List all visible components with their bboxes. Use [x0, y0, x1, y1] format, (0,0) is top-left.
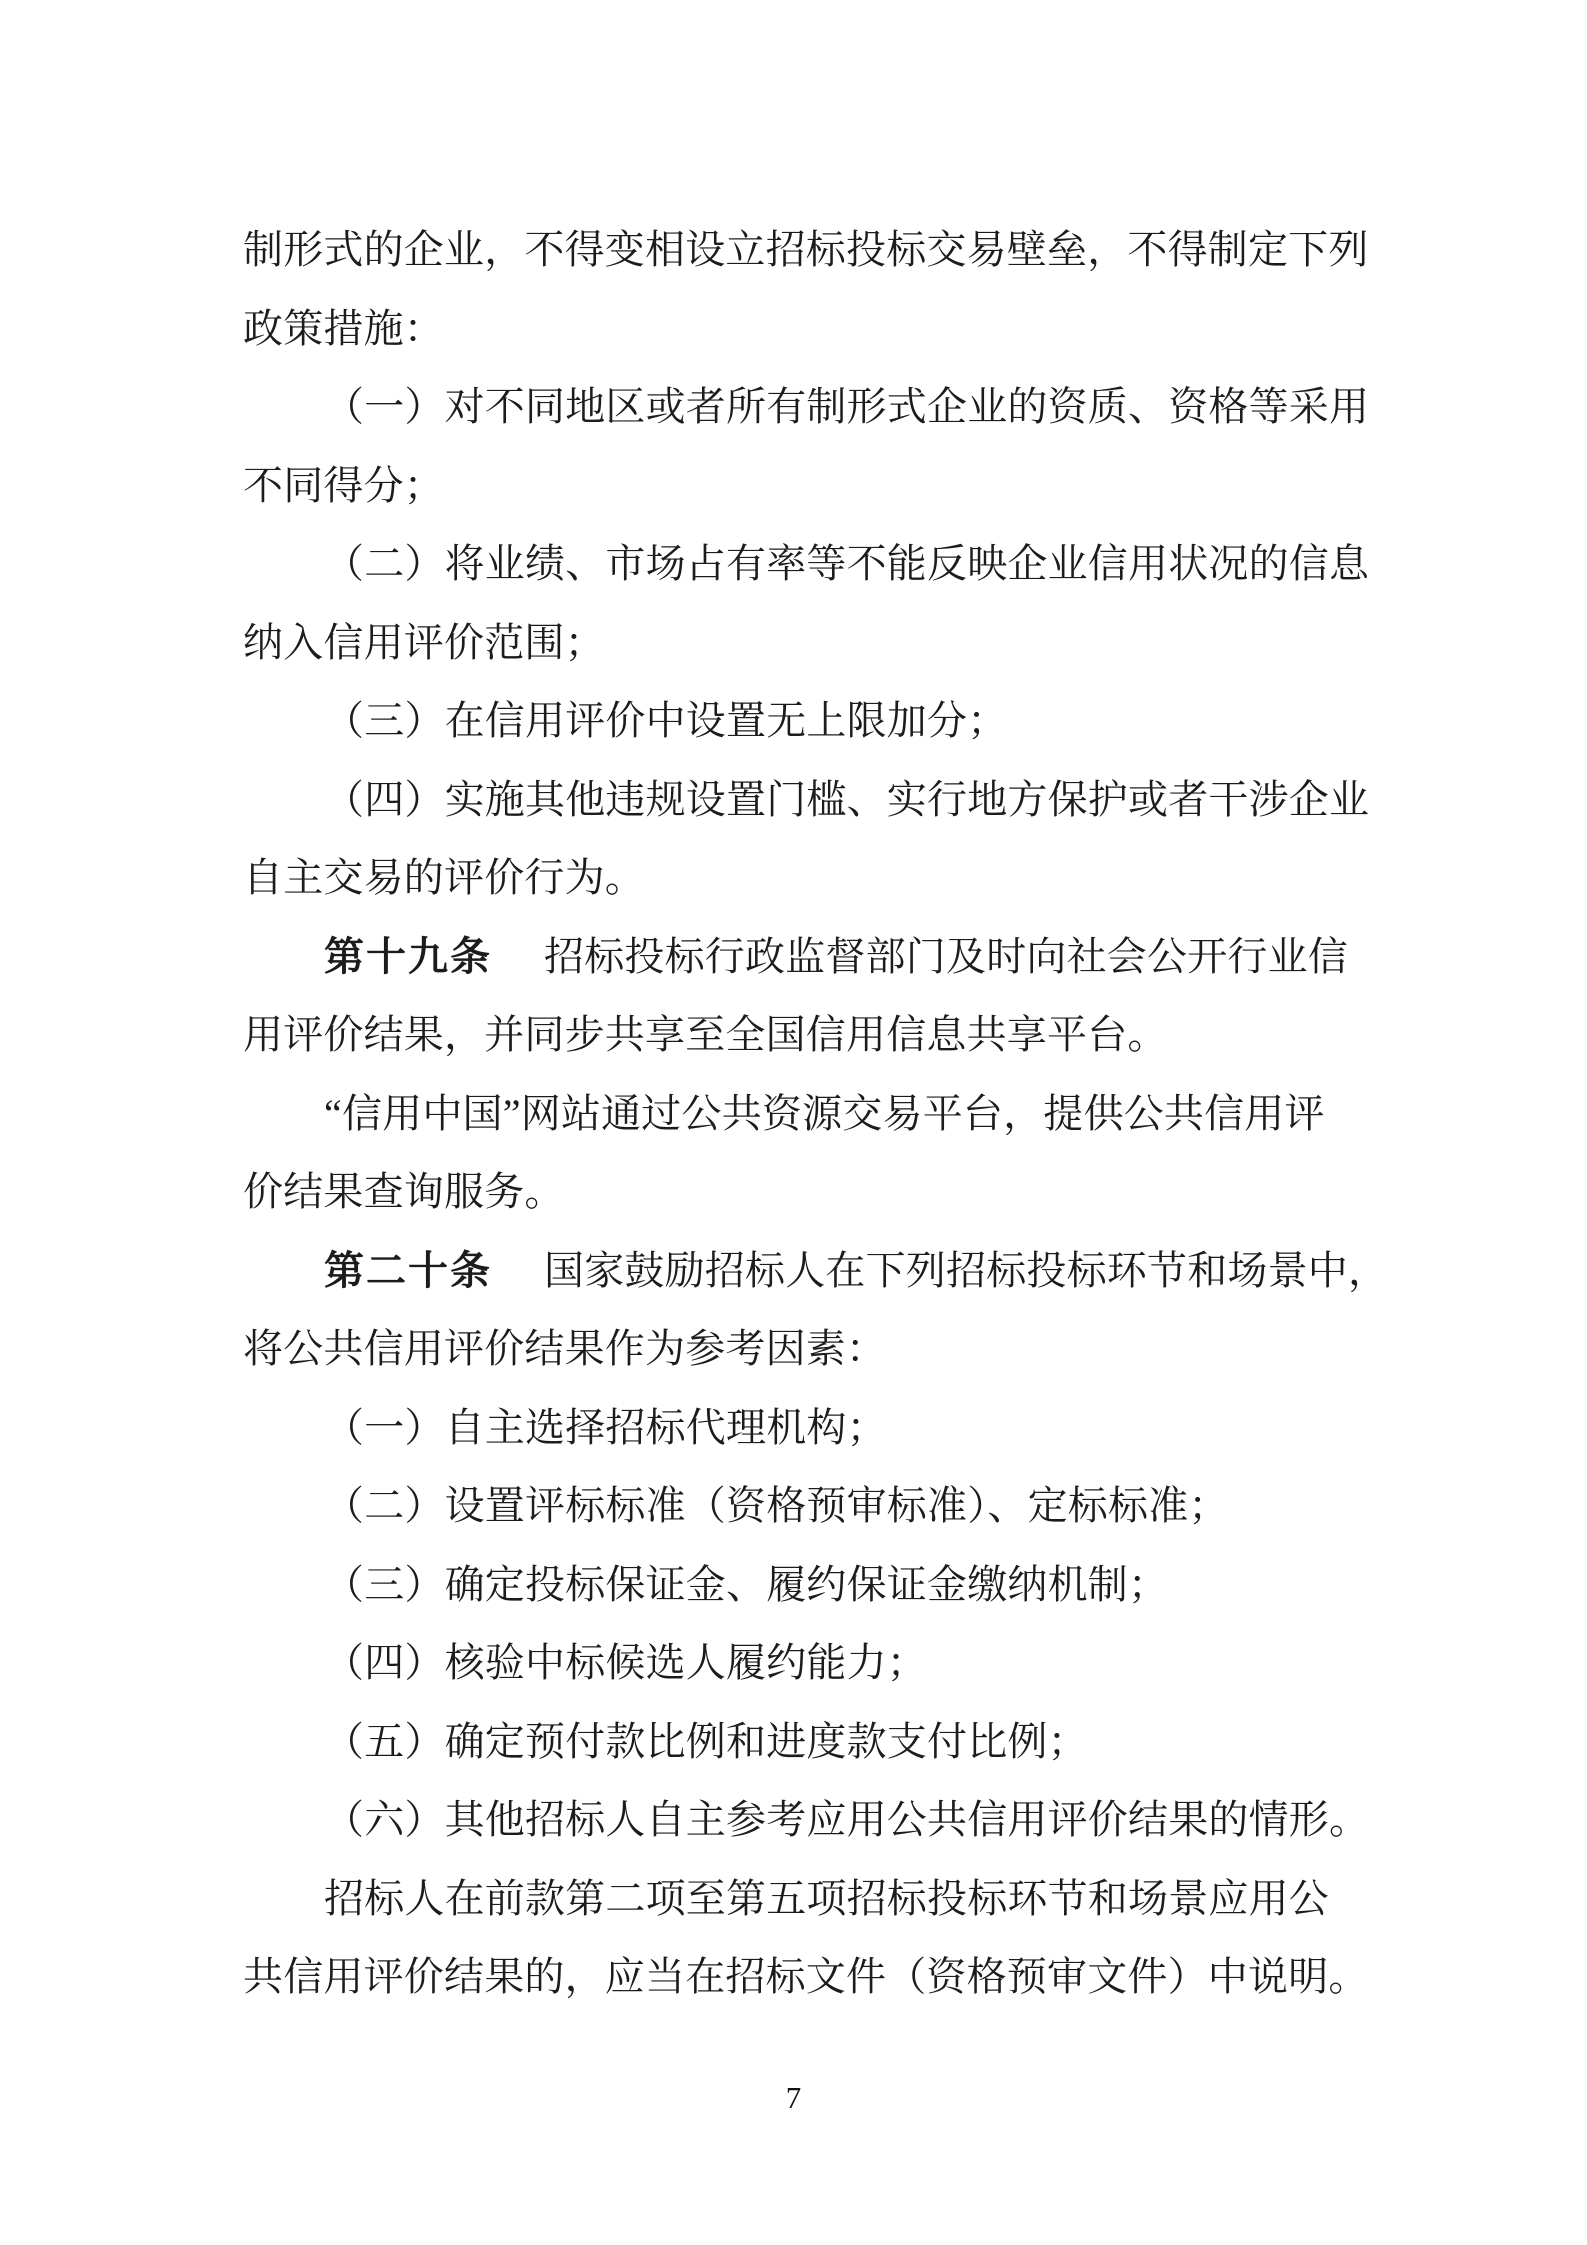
text-line: 价结果查询服务。 [243, 1153, 1353, 1232]
text-line: 不同得分； [243, 447, 1353, 526]
page-number: 7 [0, 2080, 1587, 2116]
article-number: 第二十条 [324, 1249, 492, 1293]
text-line: 将公共信用评价结果作为参考因素： [243, 1310, 1353, 1389]
text-line: 第二十条国家鼓励招标人在下列招标投标环节和场景中， [243, 1232, 1353, 1311]
text-line: （六）其他招标人自主参考应用公共信用评价结果的情形。 [243, 1781, 1353, 1860]
text-line: （五）确定预付款比例和进度款支付比例； [243, 1703, 1353, 1782]
text-line: 自主交易的评价行为。 [243, 839, 1353, 918]
text-line: “信用中国”网站通过公共资源交易平台，提供公共信用评 [243, 1075, 1353, 1154]
text-line: 共信用评价结果的，应当在招标文件（资格预审文件）中说明。 [243, 1938, 1353, 2017]
text-line: （二）设置评标标准（资格预审标准）、定标标准； [243, 1467, 1353, 1546]
document-page: 制形式的企业，不得变相设立招标投标交易壁垒，不得制定下列政策措施：（一）对不同地… [0, 0, 1587, 2245]
text-line: 第十九条招标投标行政监督部门及时向社会公开行业信 [243, 918, 1353, 997]
text-line: （一）对不同地区或者所有制形式企业的资质、资格等采用 [243, 368, 1353, 447]
text-line: 招标人在前款第二项至第五项招标投标环节和场景应用公 [243, 1860, 1353, 1939]
text-line: （四）核验中标候选人履约能力； [243, 1624, 1353, 1703]
text-line: （一）自主选择招标代理机构； [243, 1389, 1353, 1468]
text-line: 用评价结果，并同步共享至全国信用信息共享平台。 [243, 996, 1353, 1075]
text-line: （二）将业绩、市场占有率等不能反映企业信用状况的信息 [243, 525, 1353, 604]
text-line: （三）确定投标保证金、履约保证金缴纳机制； [243, 1546, 1353, 1625]
text-line: （三）在信用评价中设置无上限加分； [243, 682, 1353, 761]
text-line: 纳入信用评价范围； [243, 604, 1353, 683]
text-line: 制形式的企业，不得变相设立招标投标交易壁垒，不得制定下列 [243, 211, 1353, 290]
article-number: 第十九条 [324, 935, 492, 979]
text-line: （四）实施其他违规设置门槛、实行地方保护或者干涉企业 [243, 761, 1353, 840]
document-body: 制形式的企业，不得变相设立招标投标交易壁垒，不得制定下列政策措施：（一）对不同地… [243, 211, 1353, 2017]
text-line: 政策措施： [243, 290, 1353, 369]
